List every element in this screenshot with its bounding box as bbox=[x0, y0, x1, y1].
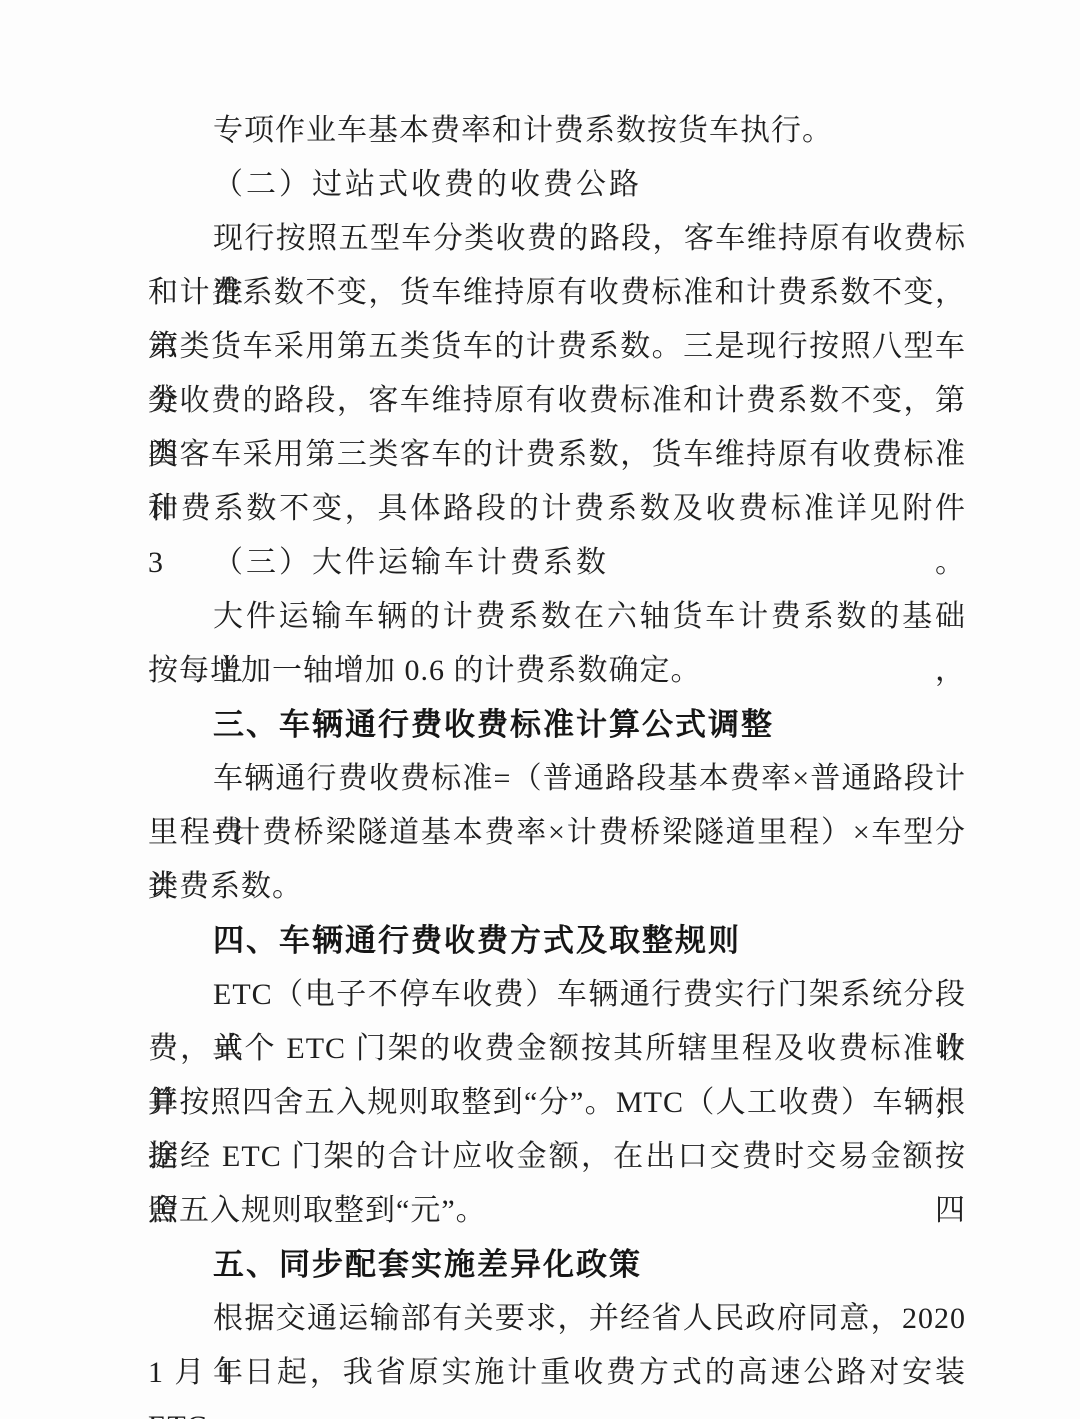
paragraph-line: 大件运输车辆的计费系数在六轴货车计费系数的基础上， bbox=[148, 590, 966, 644]
paragraph-last-line: 计费系数。 bbox=[148, 860, 966, 914]
paragraph-line: 费，单个 ETC 门架的收费金额按其所辖里程及收费标准计算， bbox=[148, 1022, 966, 1076]
document-text-block: 专项作业车基本费率和计费系数按货车执行。 （二）过站式收费的收费公路 现行按照五… bbox=[148, 104, 966, 1400]
paragraph-line: 根据交通运输部有关要求，并经省人民政府同意，2020 年 bbox=[148, 1292, 966, 1346]
section-heading-4: 四、车辆通行费收费方式及取整规则 bbox=[148, 914, 966, 968]
paragraph-line: 类收费的路段，客车维持原有收费标准和计费系数不变，第四 bbox=[148, 374, 966, 428]
paragraph-last-line: 专项作业车基本费率和计费系数按货车执行。 bbox=[148, 104, 966, 158]
section-heading-5: 五、同步配套实施差异化政策 bbox=[148, 1238, 966, 1292]
subsection-heading-2: （二）过站式收费的收费公路 bbox=[148, 158, 966, 212]
paragraph-line: 六类货车采用第五类货车的计费系数。三是现行按照八型车分 bbox=[148, 320, 966, 374]
paragraph-line: 和计费系数不变，货车维持原有收费标准和计费系数不变，第 bbox=[148, 266, 966, 320]
paragraph-line: 1 月 1 日起，我省原实施计重收费方式的高速公路对安装 ETC bbox=[148, 1346, 966, 1400]
paragraph-line: 现行按照五型车分类收费的路段，客车维持原有收费标准 bbox=[148, 212, 966, 266]
paragraph-line: 车辆通行费收费标准=（普通路段基本费率×普通路段计费 bbox=[148, 752, 966, 806]
paragraph-line: 途经 ETC 门架的合计应收金额，在出口交费时交易金额按照四 bbox=[148, 1130, 966, 1184]
section-heading-3: 三、车辆通行费收费标准计算公式调整 bbox=[148, 698, 966, 752]
scanned-document-page: 专项作业车基本费率和计费系数按货车执行。 （二）过站式收费的收费公路 现行按照五… bbox=[0, 0, 1080, 1419]
paragraph-line: 类客车采用第三类客车的计费系数，货车维持原有收费标准和 bbox=[148, 428, 966, 482]
paragraph-line: ETC（电子不停车收费）车辆通行费实行门架系统分段式收 bbox=[148, 968, 966, 1022]
paragraph-line: 里程+计费桥梁隧道基本费率×计费桥梁隧道里程）×车型分类 bbox=[148, 806, 966, 860]
paragraph-last-line: 计费系数不变，具体路段的计费系数及收费标准详见附件 3。 bbox=[148, 482, 966, 536]
paragraph-line: 并按照四舍五入规则取整到“分”。MTC（人工收费）车辆根据 bbox=[148, 1076, 966, 1130]
